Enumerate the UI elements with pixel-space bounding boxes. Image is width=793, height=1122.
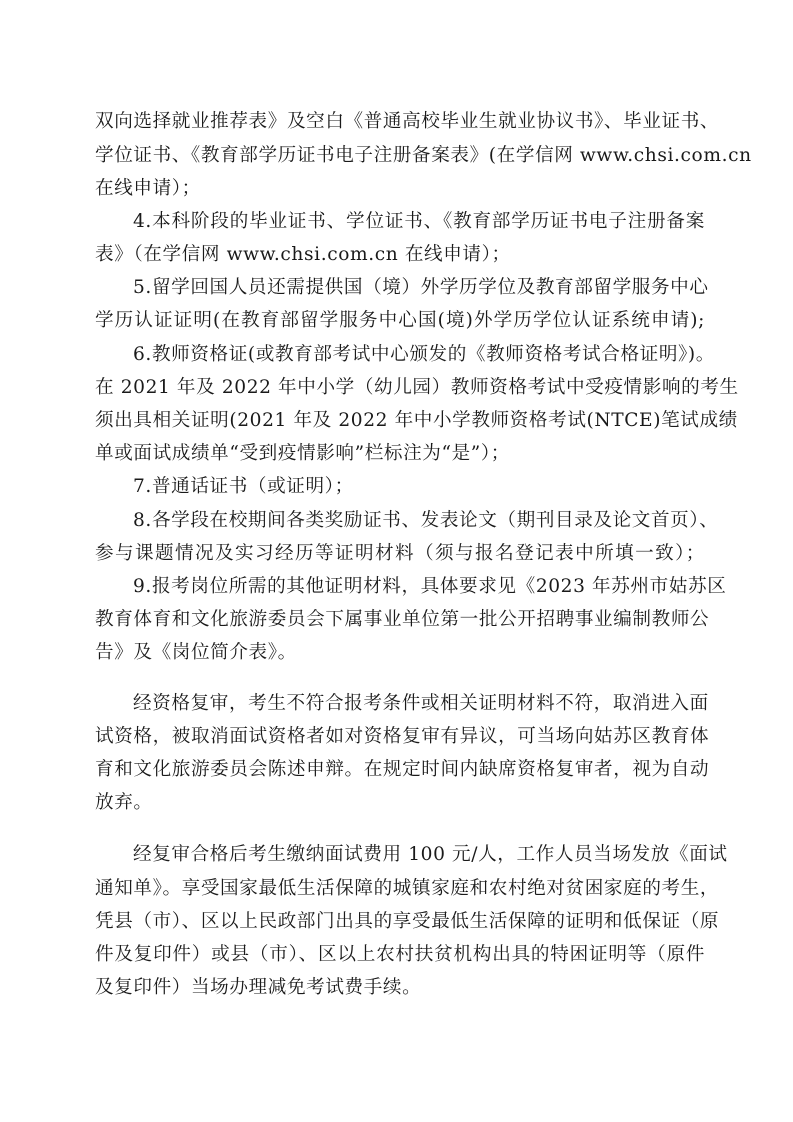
text-line: 教育体育和文化旅游委员会下属事业单位第一批公开招聘事业编制教师公 bbox=[95, 605, 705, 635]
text-line: 单或面试成绩单“受到疫情影响”栏标注为“是”）； bbox=[95, 439, 705, 469]
text-line: 育和文化旅游委员会陈述申辩。在规定时间内缺席资格复审者，视为自动 bbox=[95, 755, 705, 785]
item-4-line: 4.本科阶段的毕业证书、学位证书、《教育部学历证书电子注册备案 bbox=[133, 207, 705, 237]
text-line: 告》及《岗位简介表》。 bbox=[95, 638, 705, 668]
text-line: 参与课题情况及实习经历等证明材料（须与报名登记表中所填一致）； bbox=[95, 539, 705, 569]
text-line: 及复印件）当场办理减免考试费手续。 bbox=[95, 973, 705, 1003]
item-8-line: 8.各学段在校期间各类奖励证书、发表论文（期刊目录及论文首页）、 bbox=[133, 506, 705, 536]
text-line: 学历认证证明(在教育部留学服务中心国(境)外学历学位认证系统申请); bbox=[95, 306, 705, 336]
document-page: 双向选择就业推荐表》及空白《普通高校毕业生就业协议书》、毕业证书、 学位证书、《… bbox=[0, 0, 793, 1122]
item-6-line: 6.教师资格证(或教育部考试中心颁发的《教师资格考试合格证明》)。 bbox=[133, 340, 705, 370]
item-9-line: 9.报考岗位所需的其他证明材料，具体要求见《2023 年苏州市姑苏区 bbox=[133, 572, 705, 602]
text-line: 件及复印件）或县（市）、区以上农村扶贫机构出具的特困证明等（原件 bbox=[95, 940, 705, 970]
text-line: 表》（在学信网 www.chsi.com.cn 在线申请）； bbox=[95, 240, 705, 270]
text-line: 在 2021 年及 2022 年中小学（幼儿园）教师资格考试中受疫情影响的考生 bbox=[95, 373, 705, 403]
text-line: 双向选择就业推荐表》及空白《普通高校毕业生就业协议书》、毕业证书、 bbox=[95, 107, 705, 137]
text-line: 放弃。 bbox=[95, 788, 705, 818]
fee-paragraph-line: 经复审合格后考生缴纳面试费用 100 元/人，工作人员当场发放《面试 bbox=[133, 840, 705, 870]
text-line: 须出具相关证明(2021 年及 2022 年中小学教师资格考试(NTCE)笔试成… bbox=[95, 406, 705, 436]
item-5-line: 5.留学回国人员还需提供国（境）外学历学位及教育部留学服务中心 bbox=[133, 273, 705, 303]
text-line: 在线申请）； bbox=[95, 174, 705, 204]
text-line: 试资格，被取消面试资格者如对资格复审有异议，可当场向姑苏区教育体 bbox=[95, 722, 705, 752]
text-line: 通知单》。享受国家最低生活保障的城镇家庭和农村绝对贫困家庭的考生， bbox=[95, 874, 705, 904]
text-line: 凭县（市）、区以上民政部门出具的享受最低生活保障的证明和低保证（原 bbox=[95, 907, 705, 937]
review-paragraph-line: 经资格复审，考生不符合报考条件或相关证明材料不符，取消进入面 bbox=[133, 689, 705, 719]
text-line: 学位证书、《教育部学历证书电子注册备案表》(在学信网 www.chsi.com.… bbox=[95, 141, 705, 171]
item-7-line: 7.普通话证书（或证明）； bbox=[133, 472, 705, 502]
